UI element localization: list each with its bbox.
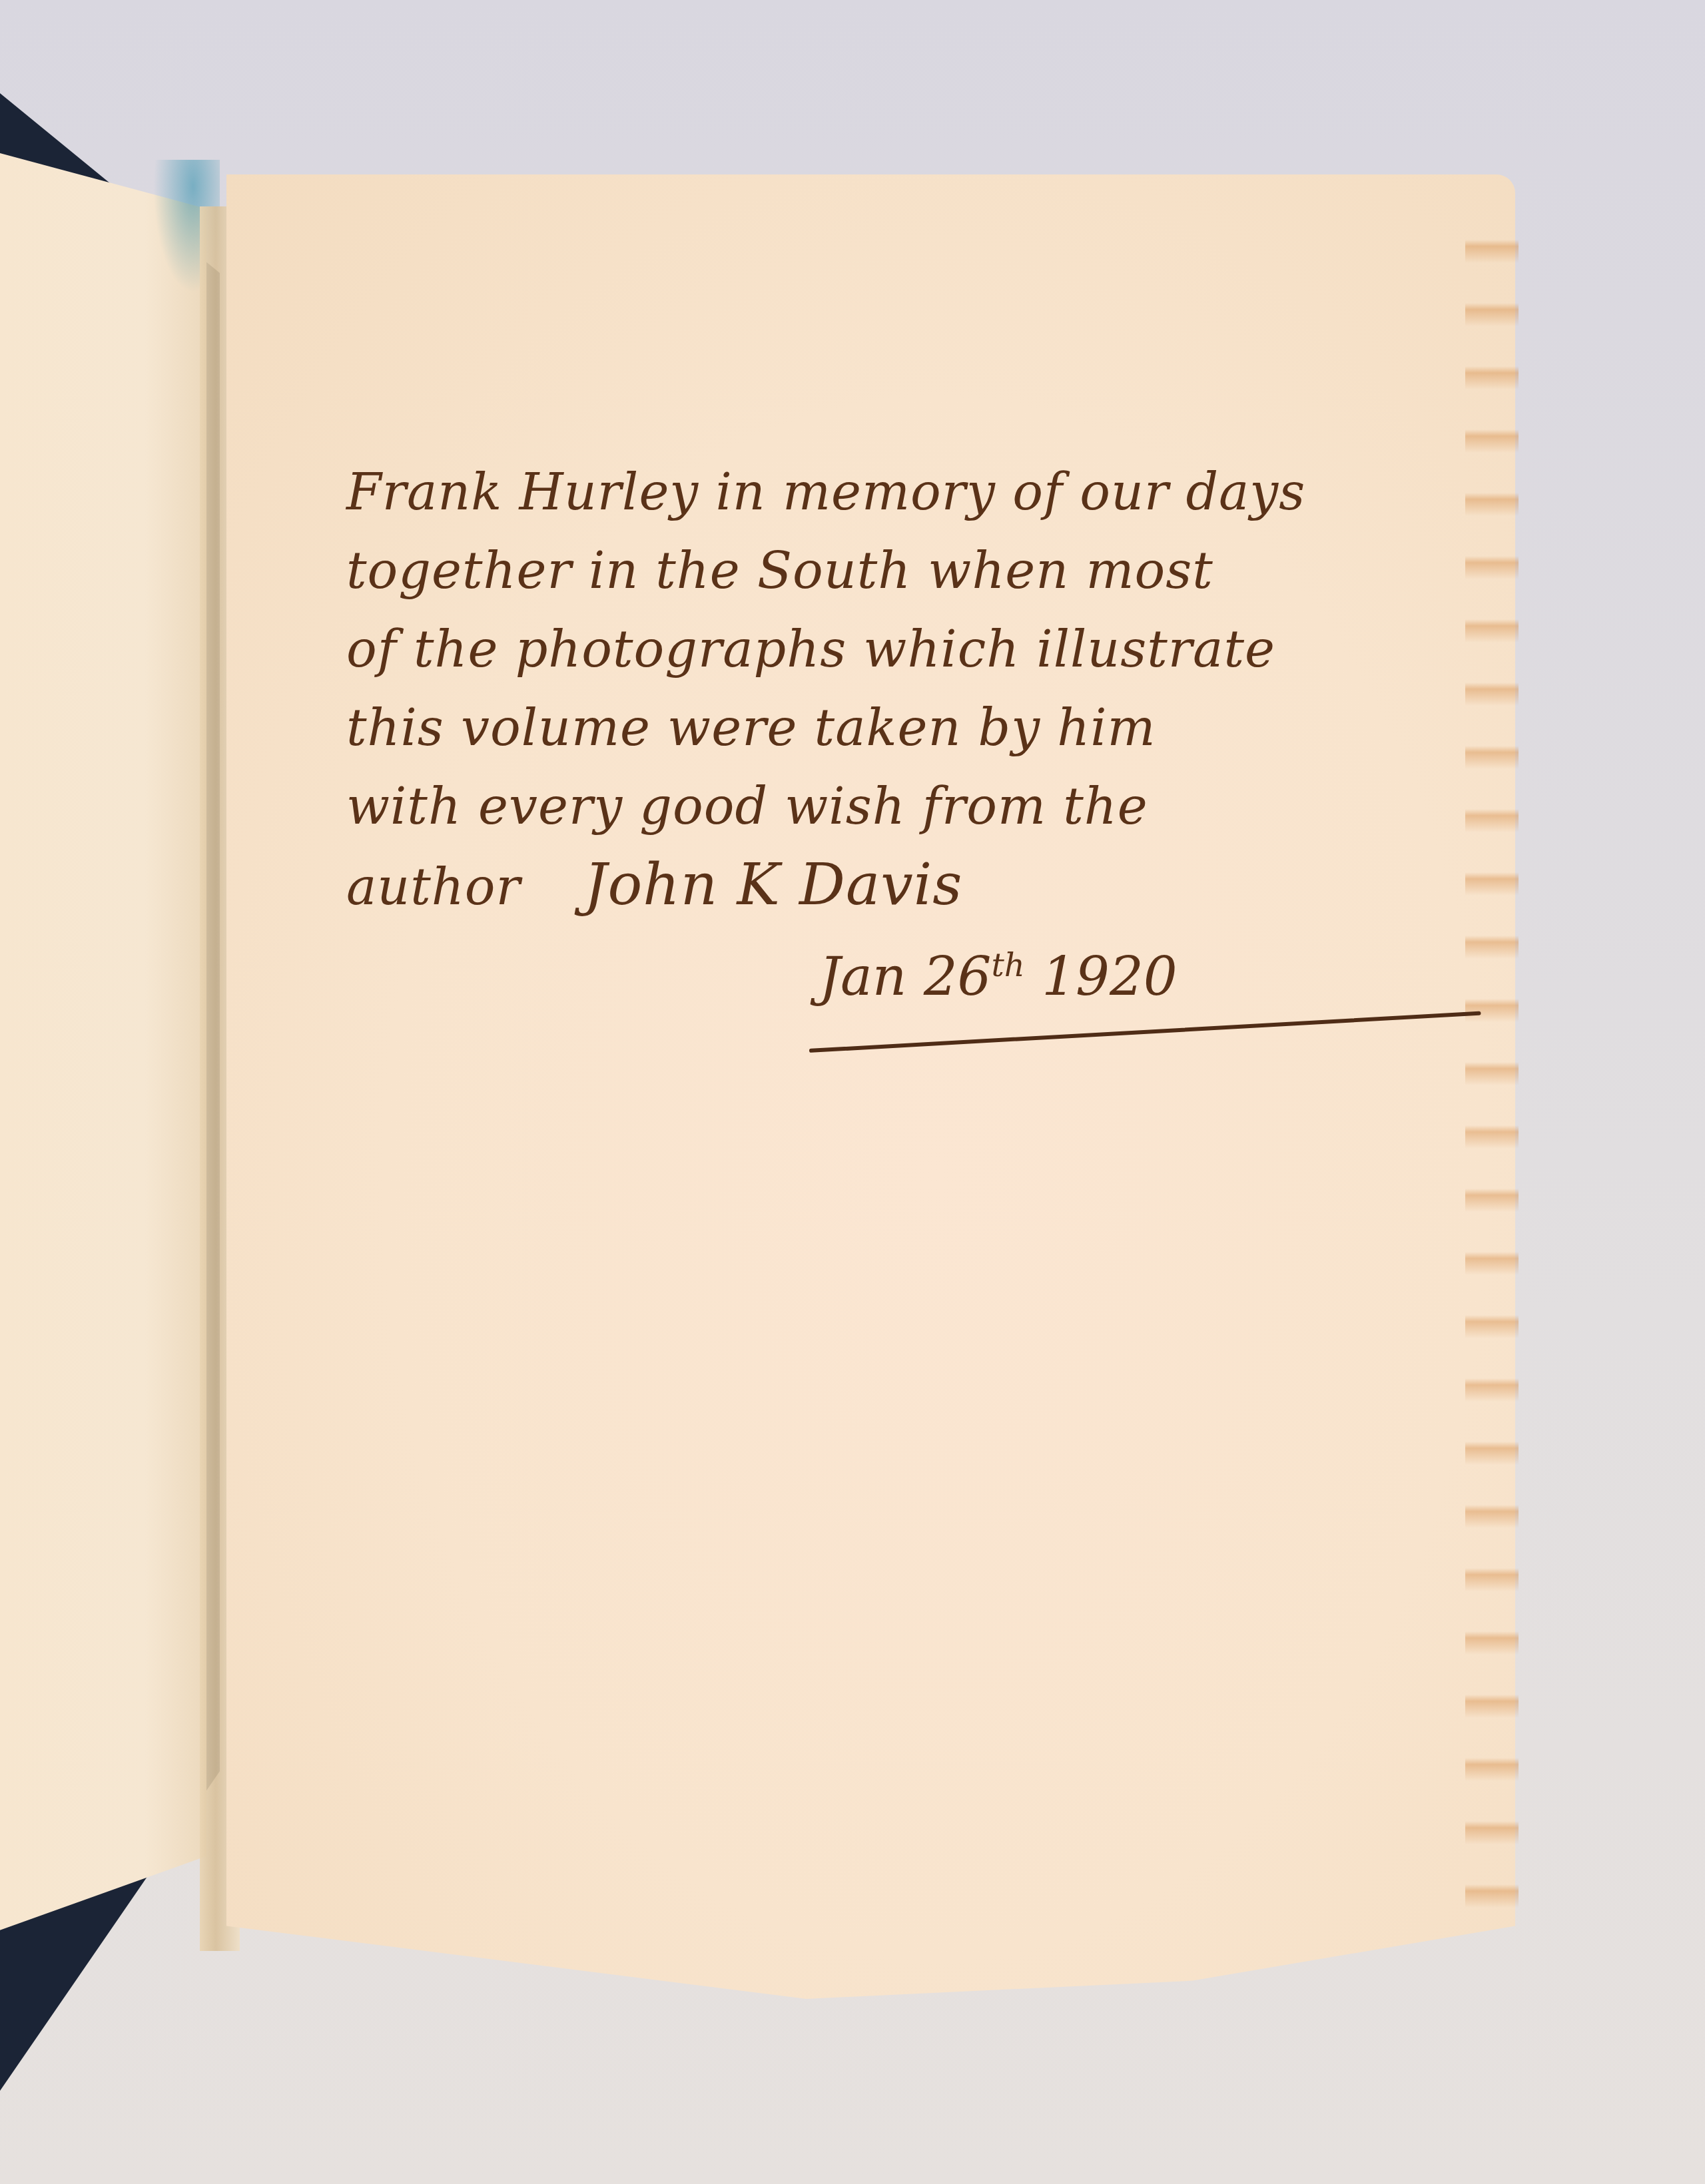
inscription-line: with every good wish from the (346, 767, 1479, 846)
date-suffix: th (992, 947, 1025, 984)
inscription-line: author John K Davis (346, 846, 1479, 926)
inscription-line: Frank Hurley in memory of our days (346, 453, 1479, 531)
inscription-line: together in the South when most (346, 531, 1479, 610)
signature: John K Davis (584, 852, 962, 918)
handwritten-inscription: Frank Hurley in memory of our days toget… (346, 453, 1479, 926)
front-pastedown (0, 153, 206, 2004)
endpaper-page (226, 174, 1515, 1999)
inscription-date: Jan 26th 1920 (819, 946, 1178, 1007)
date-month-day: Jan 26 (819, 946, 992, 1007)
date-year: 1920 (1042, 946, 1178, 1007)
inscription-line: this volume were taken by him (346, 688, 1479, 767)
inscription-line: of the photographs which illustrate (346, 610, 1479, 688)
author-word: author (346, 857, 521, 916)
